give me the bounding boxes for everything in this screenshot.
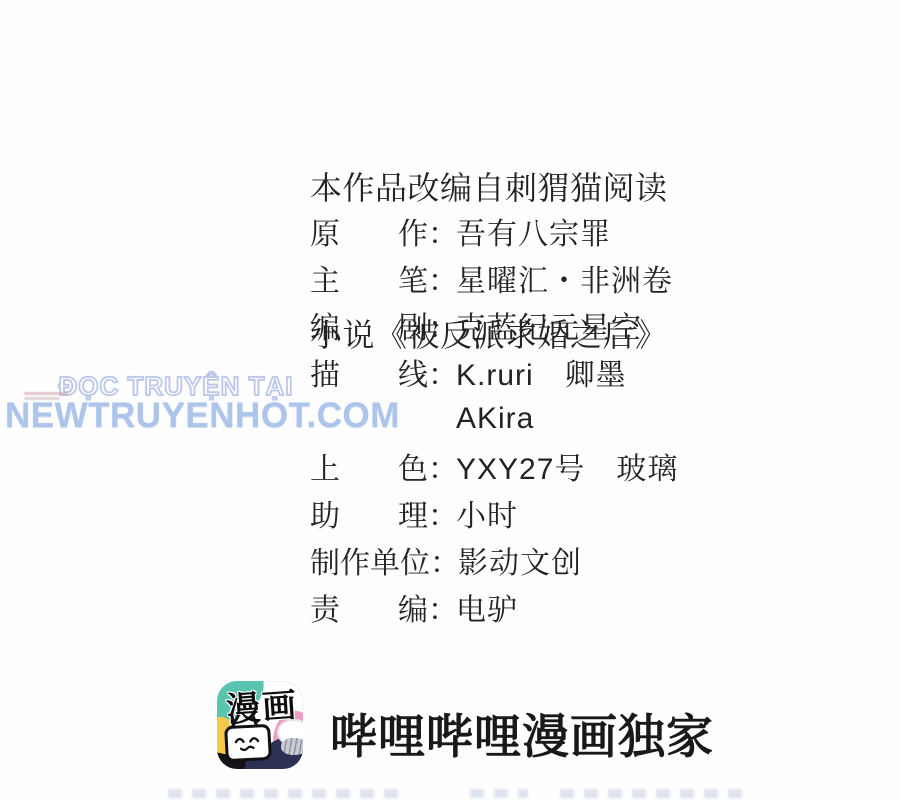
credit-row-responsible-editor: 责编 ： 电驴	[310, 583, 678, 630]
credit-colon: ：	[428, 209, 456, 253]
icon-can-shape	[281, 738, 303, 755]
cut-off-text-fragment	[470, 789, 528, 798]
micro-watermark-line2	[24, 397, 60, 400]
credit-row-line-art: 描线 ： K.ruri 卿墨	[310, 348, 678, 395]
credit-colon: ：	[428, 350, 456, 394]
credit-row-screenwriter: 编剧 ： 克蓝纪元星空	[310, 301, 678, 348]
credits-page: ĐỌC TRUYỆN TẠI NEWTRUYENHOT.COM 本作品改编自刺猬…	[0, 0, 900, 800]
credit-colon: ：	[430, 538, 458, 582]
credit-row-production-unit: 制作单位 ： 影动文创	[310, 536, 678, 583]
credit-colon: ：	[428, 256, 456, 300]
bilibili-comics-app-icon: 漫画	[217, 681, 303, 769]
credit-colon: ：	[428, 491, 456, 535]
credit-label: 上色	[310, 444, 428, 488]
credit-label: 描线	[310, 350, 428, 394]
credit-label: 编剧	[310, 303, 428, 347]
credit-value: 星曜汇・非洲卷	[456, 256, 673, 300]
micro-watermark-line1	[24, 392, 68, 395]
credit-label: 助理	[310, 491, 428, 535]
credit-label: 制作单位	[310, 538, 430, 582]
credit-colon: ：	[428, 303, 456, 347]
credit-value: K.ruri 卿墨	[456, 350, 627, 394]
credit-row-original-author: 原作 ： 吾有八宗罪	[310, 207, 678, 254]
credit-colon: ：	[428, 444, 456, 488]
tv-face-icon	[227, 727, 267, 758]
credit-value: AKira	[456, 402, 534, 436]
credit-value: 小时	[456, 491, 518, 535]
cut-off-text-fragment	[168, 789, 403, 798]
credit-label: 主笔	[310, 256, 428, 300]
credit-label: 责编	[310, 585, 428, 629]
credits-list: 原作 ： 吾有八宗罪 主笔 ： 星曜汇・非洲卷 编剧 ： 克蓝纪元星空 描线 ：…	[310, 207, 678, 630]
credit-value: 影动文创	[458, 538, 582, 582]
exclusive-publisher-text: 哔哩哔哩漫画独家	[330, 700, 714, 767]
cut-off-text-fragment	[560, 789, 748, 798]
credit-value: 电驴	[456, 585, 518, 629]
credit-row-coloring: 上色 ： YXY27号 玻璃	[310, 442, 678, 489]
credit-value: 克蓝纪元星空	[456, 303, 642, 347]
credit-value: YXY27号 玻璃	[456, 444, 678, 488]
credit-row-line-art-continued: AKira	[310, 395, 678, 442]
credit-label: 原作	[310, 209, 428, 253]
bilibili-tv-icon	[224, 724, 272, 762]
credit-colon: ：	[428, 585, 456, 629]
credit-value: 吾有八宗罪	[456, 209, 611, 253]
credit-row-lead-artist: 主笔 ： 星曜汇・非洲卷	[310, 254, 678, 301]
adaptation-line1: 本作品改编自刺猬猫阅读	[310, 164, 668, 213]
credit-row-assistant: 助理 ： 小时	[310, 489, 678, 536]
